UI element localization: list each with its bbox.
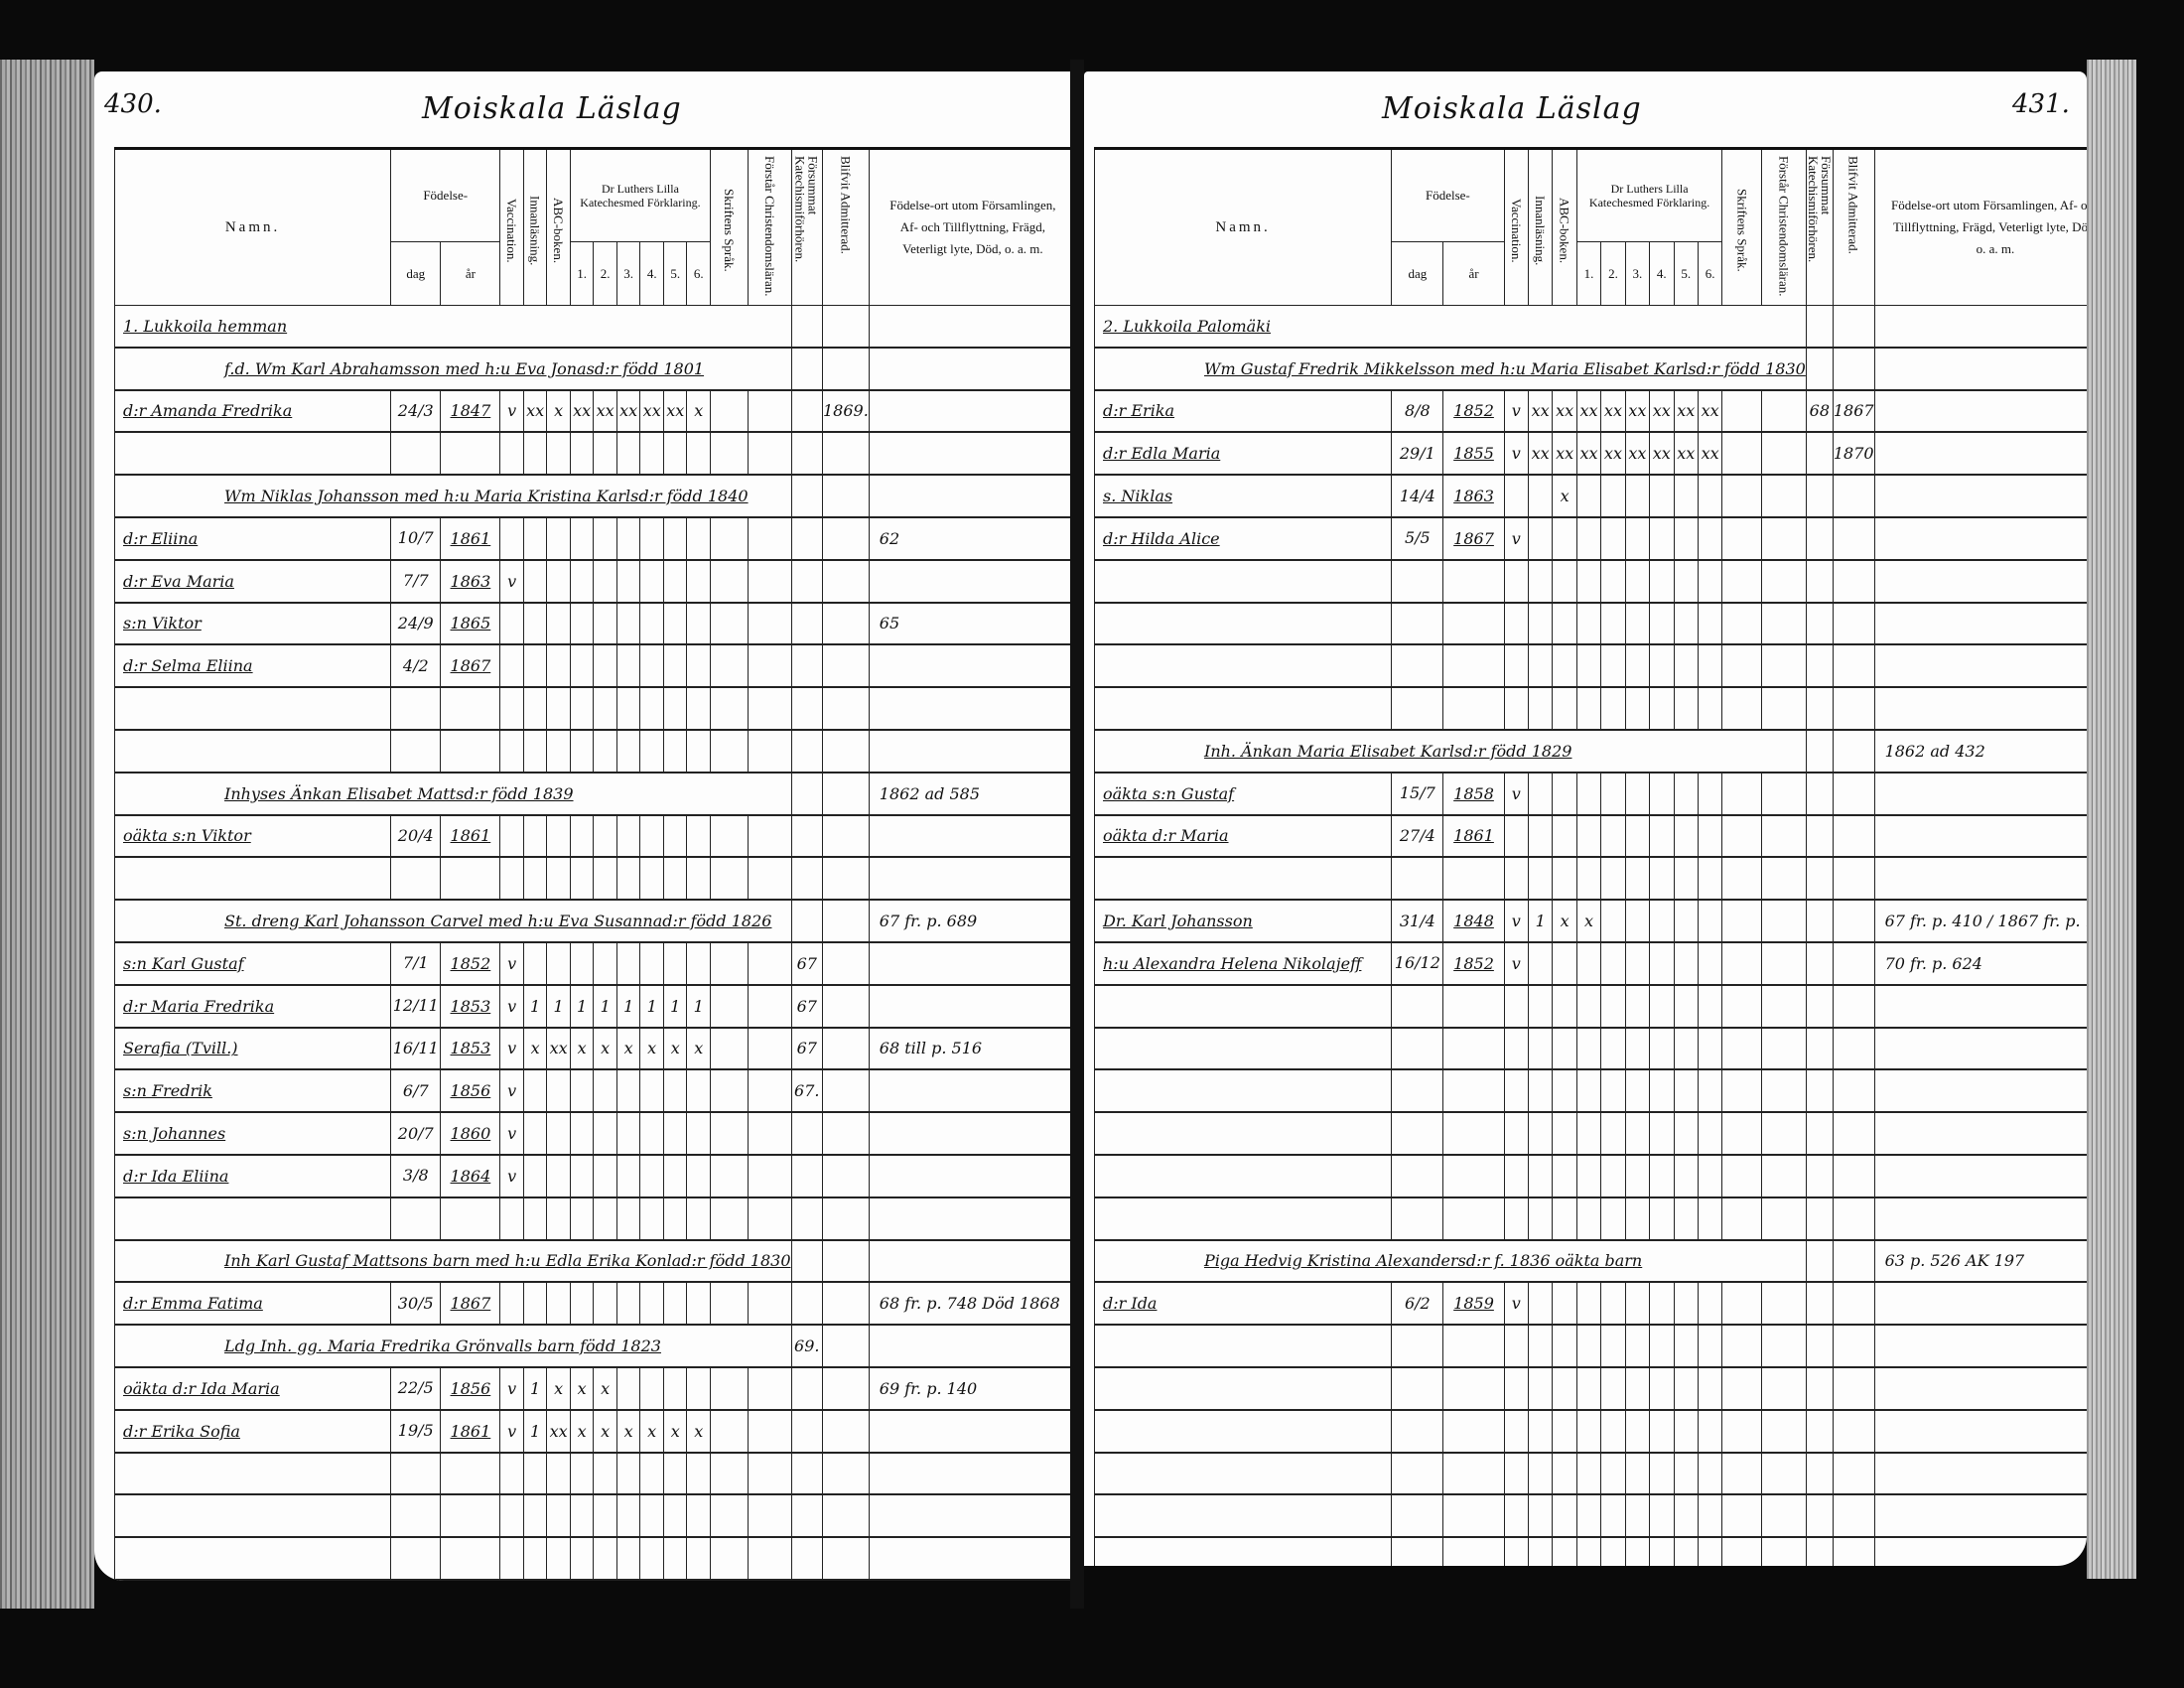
birth-year: 1865 bbox=[441, 603, 500, 645]
catechism-mark bbox=[1698, 1069, 1721, 1112]
missed-cell: 69. bbox=[791, 1325, 822, 1367]
catechism-mark bbox=[570, 517, 594, 560]
missed-cell bbox=[1806, 432, 1833, 475]
catechism-mark bbox=[1674, 1155, 1698, 1197]
header-understands: Förstår Christendomsläran. bbox=[1778, 150, 1791, 305]
understands-mark bbox=[1762, 517, 1807, 560]
catechism-mark bbox=[1576, 815, 1600, 858]
missed-cell bbox=[791, 1112, 822, 1155]
remarks-cell bbox=[1874, 560, 2087, 603]
catechism-mark bbox=[616, 1112, 640, 1155]
catechism-mark bbox=[1674, 773, 1698, 815]
admitted-cell bbox=[1833, 306, 1874, 348]
catechism-mark bbox=[1625, 560, 1649, 603]
birth-day: 20/7 bbox=[391, 1112, 441, 1155]
birth-year bbox=[1443, 857, 1504, 900]
person-row: oäkta s:n Viktor20/41861 bbox=[115, 815, 1077, 858]
person-row: s:n Karl Gustaf7/11852v67 bbox=[115, 942, 1077, 985]
person-name: d:r Emma Fatima bbox=[115, 1282, 391, 1325]
birth-day bbox=[1392, 644, 1443, 687]
person-name bbox=[115, 857, 391, 900]
household-head: Wm Gustaf Fredrik Mikkelsson med h:u Mar… bbox=[1095, 348, 1807, 390]
understands-mark bbox=[1762, 900, 1807, 942]
catechism-mark bbox=[640, 1537, 664, 1580]
person-row: d:r Erika8/81852vxxxxxxxxxxxxxxxx681867 bbox=[1095, 390, 2088, 433]
abc-mark bbox=[547, 1112, 571, 1155]
catechism-mark: xx bbox=[1601, 390, 1625, 433]
scripture-mark bbox=[1722, 773, 1762, 815]
abc-mark bbox=[1553, 560, 1576, 603]
admitted-cell bbox=[822, 857, 869, 900]
catechism-mark bbox=[1601, 560, 1625, 603]
catechism-mark bbox=[1601, 942, 1625, 985]
birth-year bbox=[441, 1197, 500, 1240]
catechism-mark bbox=[1674, 475, 1698, 517]
missed-cell bbox=[1806, 644, 1833, 687]
catechism-mark bbox=[1674, 1282, 1698, 1325]
person-row: d:r Eliina10/7186162 bbox=[115, 517, 1077, 560]
catechism-mark bbox=[640, 942, 664, 985]
reading-mark bbox=[1528, 1453, 1552, 1495]
catechism-mark bbox=[1650, 687, 1674, 730]
remarks-cell bbox=[869, 1112, 1076, 1155]
admitted-cell bbox=[822, 815, 869, 858]
missed-cell bbox=[791, 1537, 822, 1580]
catechism-mark: 1 bbox=[663, 985, 687, 1028]
catechism-mark bbox=[640, 1282, 664, 1325]
vaccination-mark: v bbox=[500, 560, 524, 603]
catechism-mark bbox=[1698, 560, 1721, 603]
reading-mark bbox=[523, 1453, 547, 1495]
scripture-mark bbox=[1722, 900, 1762, 942]
catechism-mark: xx bbox=[1576, 390, 1600, 433]
birth-day: 31/4 bbox=[1392, 900, 1443, 942]
birth-day bbox=[1392, 687, 1443, 730]
missed-cell bbox=[791, 475, 822, 517]
remarks-cell bbox=[869, 1240, 1076, 1283]
catechism-mark bbox=[1576, 1367, 1600, 1410]
catechism-mark bbox=[1650, 1325, 1674, 1367]
scripture-mark bbox=[1722, 1410, 1762, 1453]
catechism-mark bbox=[663, 1155, 687, 1197]
abc-mark bbox=[1553, 1155, 1576, 1197]
catechism-mark bbox=[1674, 857, 1698, 900]
missed-cell bbox=[1806, 306, 1833, 348]
person-name: oäkta s:n Viktor bbox=[115, 815, 391, 858]
missed-cell: 67 bbox=[791, 985, 822, 1028]
catechism-mark bbox=[570, 1155, 594, 1197]
page-number: 430. bbox=[104, 89, 162, 119]
catechism-mark: 1 bbox=[616, 985, 640, 1028]
catechism-mark bbox=[1601, 1494, 1625, 1537]
birth-year bbox=[441, 1494, 500, 1537]
catechism-mark bbox=[1674, 1325, 1698, 1367]
catechism-mark bbox=[1625, 857, 1649, 900]
reading-mark bbox=[1528, 603, 1552, 645]
catechism-mark bbox=[1576, 942, 1600, 985]
birth-day bbox=[1392, 1325, 1443, 1367]
person-row: d:r Maria Fredrika12/111853v1111111167 bbox=[115, 985, 1077, 1028]
remarks-cell bbox=[869, 644, 1076, 687]
remarks-cell: 67 fr. p. 689 bbox=[869, 900, 1076, 942]
blank-row bbox=[1095, 687, 2088, 730]
catechism-mark bbox=[616, 1282, 640, 1325]
person-row: d:r Hilda Alice5/51867v bbox=[1095, 517, 2088, 560]
missed-cell bbox=[1806, 730, 1833, 773]
blank-row bbox=[1095, 1325, 2088, 1367]
catechism-mark: xx bbox=[1601, 432, 1625, 475]
admitted-cell bbox=[822, 517, 869, 560]
understands-mark bbox=[1762, 1282, 1807, 1325]
abc-mark bbox=[547, 857, 571, 900]
birth-day bbox=[391, 432, 441, 475]
birth-year: 1853 bbox=[441, 1028, 500, 1070]
abc-mark bbox=[547, 517, 571, 560]
catechism-mark bbox=[1601, 773, 1625, 815]
person-name bbox=[1095, 1028, 1392, 1070]
header-birth: Födelse- bbox=[1392, 149, 1504, 242]
catechism-mark bbox=[1650, 1367, 1674, 1410]
catechism-mark bbox=[1601, 857, 1625, 900]
catechism-mark bbox=[570, 560, 594, 603]
catechism-mark bbox=[616, 1069, 640, 1112]
abc-mark bbox=[547, 560, 571, 603]
catechism-mark: xx bbox=[1698, 390, 1721, 433]
birth-day: 16/12 bbox=[1392, 942, 1443, 985]
catechism-mark bbox=[1601, 815, 1625, 858]
missed-cell bbox=[791, 730, 822, 773]
catechism-mark bbox=[1674, 560, 1698, 603]
catechism-mark bbox=[1601, 1453, 1625, 1495]
catechism-mark: xx bbox=[1650, 390, 1674, 433]
header-part-1: 1. bbox=[570, 242, 594, 306]
vaccination-mark bbox=[1504, 1537, 1528, 1566]
remarks-cell bbox=[1874, 348, 2087, 390]
understands-mark bbox=[749, 390, 791, 433]
birth-year bbox=[441, 1453, 500, 1495]
person-name bbox=[115, 1494, 391, 1537]
reading-mark bbox=[1528, 815, 1552, 858]
catechism-mark bbox=[1601, 1325, 1625, 1367]
catechism-mark bbox=[687, 1155, 711, 1197]
birth-day bbox=[1392, 1537, 1443, 1566]
remarks-cell bbox=[869, 432, 1076, 475]
catechism-mark bbox=[1601, 1367, 1625, 1410]
remarks-cell: 62 bbox=[869, 517, 1076, 560]
catechism-mark: 1 bbox=[594, 985, 617, 1028]
understands-mark bbox=[1762, 475, 1807, 517]
birth-year bbox=[1443, 1410, 1504, 1453]
catechism-mark bbox=[1698, 1282, 1721, 1325]
catechism-mark bbox=[1650, 1410, 1674, 1453]
catechism-mark bbox=[640, 1367, 664, 1410]
missed-cell bbox=[1806, 1028, 1833, 1070]
catechism-mark bbox=[663, 1069, 687, 1112]
abc-mark bbox=[547, 1069, 571, 1112]
catechism-mark bbox=[594, 1069, 617, 1112]
vaccination-mark bbox=[1504, 985, 1528, 1028]
catechism-mark bbox=[1625, 1367, 1649, 1410]
catechism-mark bbox=[1698, 475, 1721, 517]
admitted-cell bbox=[1833, 730, 1874, 773]
scripture-mark bbox=[1722, 517, 1762, 560]
catechism-mark bbox=[640, 1453, 664, 1495]
catechism-mark: x bbox=[594, 1410, 617, 1453]
catechism-mark bbox=[1625, 687, 1649, 730]
missed-cell bbox=[1806, 687, 1833, 730]
catechism-mark bbox=[1698, 1367, 1721, 1410]
missed-cell bbox=[1806, 1325, 1833, 1367]
person-row: d:r Selma Eliina4/21867 bbox=[115, 644, 1077, 687]
vaccination-mark: v bbox=[500, 1155, 524, 1197]
person-name: d:r Amanda Fredrika bbox=[115, 390, 391, 433]
household-head: St. dreng Karl Johansson Carvel med h:u … bbox=[115, 900, 792, 942]
catechism-mark bbox=[1698, 985, 1721, 1028]
vaccination-mark bbox=[1504, 1367, 1528, 1410]
birth-year: 1853 bbox=[441, 985, 500, 1028]
person-name bbox=[115, 1197, 391, 1240]
admitted-cell bbox=[822, 560, 869, 603]
catechism-mark bbox=[594, 857, 617, 900]
catechism-mark bbox=[1576, 644, 1600, 687]
catechism-mark bbox=[663, 1112, 687, 1155]
vaccination-mark bbox=[500, 432, 524, 475]
catechism-mark bbox=[1674, 815, 1698, 858]
catechism-mark bbox=[1650, 1197, 1674, 1240]
admitted-cell bbox=[1833, 348, 1874, 390]
catechism-mark bbox=[1650, 815, 1674, 858]
admitted-cell bbox=[1833, 687, 1874, 730]
remarks-cell bbox=[1874, 1494, 2087, 1537]
catechism-mark bbox=[1601, 1028, 1625, 1070]
abc-mark bbox=[1553, 1069, 1576, 1112]
catechism-mark bbox=[640, 1112, 664, 1155]
remarks-cell bbox=[869, 1069, 1076, 1112]
birth-year: 1852 bbox=[1443, 942, 1504, 985]
reading-mark: xx bbox=[523, 390, 547, 433]
scripture-mark bbox=[1722, 1494, 1762, 1537]
remarks-cell bbox=[869, 1494, 1076, 1537]
admitted-cell bbox=[822, 1069, 869, 1112]
catechism-mark bbox=[663, 1494, 687, 1537]
vaccination-mark bbox=[1504, 560, 1528, 603]
catechism-mark bbox=[1650, 517, 1674, 560]
abc-mark bbox=[1553, 773, 1576, 815]
reading-mark bbox=[1528, 1494, 1552, 1537]
missed-cell bbox=[1806, 1069, 1833, 1112]
scripture-mark bbox=[710, 857, 748, 900]
missed-cell: 67 bbox=[791, 1028, 822, 1070]
reading-mark bbox=[1528, 942, 1552, 985]
catechism-mark bbox=[1698, 1325, 1721, 1367]
remarks-cell bbox=[1874, 1325, 2087, 1367]
catechism-mark: x bbox=[594, 1028, 617, 1070]
catechism-mark bbox=[1650, 900, 1674, 942]
catechism-mark bbox=[1698, 773, 1721, 815]
understands-mark bbox=[1762, 1112, 1807, 1155]
catechism-mark bbox=[1576, 1282, 1600, 1325]
abc-mark bbox=[1553, 857, 1576, 900]
birth-day: 6/2 bbox=[1392, 1282, 1443, 1325]
admitted-cell bbox=[1833, 1325, 1874, 1367]
catechism-mark: x bbox=[640, 1410, 664, 1453]
blank-row bbox=[115, 1453, 1077, 1495]
catechism-mark bbox=[663, 857, 687, 900]
catechism-mark bbox=[687, 432, 711, 475]
person-name bbox=[115, 432, 391, 475]
birth-day bbox=[1392, 857, 1443, 900]
birth-year: 1859 bbox=[1443, 1282, 1504, 1325]
catechism-mark bbox=[594, 730, 617, 773]
catechism-mark bbox=[1650, 985, 1674, 1028]
scripture-mark bbox=[1722, 1325, 1762, 1367]
blank-row bbox=[1095, 1537, 2088, 1566]
birth-year: 1856 bbox=[441, 1367, 500, 1410]
birth-year bbox=[441, 432, 500, 475]
abc-mark bbox=[1553, 815, 1576, 858]
person-name: d:r Eva Maria bbox=[115, 560, 391, 603]
remarks-cell: 68 till p. 516 bbox=[869, 1028, 1076, 1070]
birth-year bbox=[1443, 1069, 1504, 1112]
catechism-mark bbox=[663, 603, 687, 645]
catechism-mark bbox=[1698, 1453, 1721, 1495]
blank-row bbox=[1095, 1112, 2088, 1155]
understands-mark bbox=[1762, 1197, 1807, 1240]
catechism-mark bbox=[594, 517, 617, 560]
admitted-cell bbox=[822, 1155, 869, 1197]
vaccination-mark: v bbox=[1504, 773, 1528, 815]
person-row: Serafia (Tvill.)16/111853vxxxxxxxxx6768 … bbox=[115, 1028, 1077, 1070]
scripture-mark bbox=[1722, 1537, 1762, 1566]
blank-row bbox=[115, 1494, 1077, 1537]
vaccination-mark bbox=[500, 1453, 524, 1495]
vaccination-mark bbox=[1504, 815, 1528, 858]
vaccination-mark bbox=[1504, 644, 1528, 687]
reading-mark bbox=[523, 1112, 547, 1155]
catechism-mark bbox=[1674, 687, 1698, 730]
catechism-mark bbox=[1625, 644, 1649, 687]
scripture-mark bbox=[1722, 1155, 1762, 1197]
understands-mark bbox=[749, 1410, 791, 1453]
vaccination-mark bbox=[500, 815, 524, 858]
birth-day: 19/5 bbox=[391, 1410, 441, 1453]
scripture-mark bbox=[710, 1537, 748, 1580]
remarks-cell bbox=[1874, 432, 2087, 475]
understands-mark bbox=[1762, 1453, 1807, 1495]
birth-day bbox=[1392, 1410, 1443, 1453]
understands-mark bbox=[1762, 1069, 1807, 1112]
person-name bbox=[1095, 687, 1392, 730]
birth-day: 10/7 bbox=[391, 517, 441, 560]
reading-mark bbox=[1528, 1537, 1552, 1566]
person-name bbox=[1095, 1537, 1392, 1566]
catechism-mark bbox=[594, 1282, 617, 1325]
understands-mark bbox=[1762, 942, 1807, 985]
catechism-mark bbox=[616, 560, 640, 603]
birth-day: 29/1 bbox=[1392, 432, 1443, 475]
abc-mark: x bbox=[547, 390, 571, 433]
abc-mark bbox=[547, 815, 571, 858]
blank-row bbox=[1095, 1367, 2088, 1410]
catechism-mark bbox=[570, 942, 594, 985]
catechism-mark bbox=[1674, 985, 1698, 1028]
reading-mark bbox=[523, 942, 547, 985]
admitted-cell bbox=[822, 644, 869, 687]
reading-mark bbox=[1528, 475, 1552, 517]
reading-mark bbox=[1528, 1410, 1552, 1453]
missed-cell bbox=[791, 1453, 822, 1495]
person-name bbox=[1095, 1410, 1392, 1453]
reading-mark bbox=[1528, 1282, 1552, 1325]
birth-day bbox=[1392, 1453, 1443, 1495]
blank-row bbox=[1095, 1410, 2088, 1453]
person-name bbox=[1095, 644, 1392, 687]
scripture-mark bbox=[1722, 1028, 1762, 1070]
reading-mark bbox=[1528, 1325, 1552, 1367]
birth-year: 1852 bbox=[1443, 390, 1504, 433]
remarks-cell bbox=[869, 815, 1076, 858]
catechism-mark: xx bbox=[570, 390, 594, 433]
missed-cell bbox=[1806, 560, 1833, 603]
vaccination-mark bbox=[500, 603, 524, 645]
scripture-mark bbox=[710, 942, 748, 985]
catechism-mark bbox=[640, 815, 664, 858]
birth-day bbox=[1392, 1112, 1443, 1155]
catechism-mark bbox=[1674, 900, 1698, 942]
admitted-cell bbox=[822, 432, 869, 475]
abc-mark bbox=[547, 1494, 571, 1537]
birth-year: 1856 bbox=[441, 1069, 500, 1112]
person-row: s:n Viktor24/9186565 bbox=[115, 603, 1077, 645]
header-part-6: 6. bbox=[1698, 242, 1721, 306]
catechism-mark bbox=[616, 432, 640, 475]
catechism-mark bbox=[594, 603, 617, 645]
remarks-cell: 69 fr. p. 140 bbox=[869, 1367, 1076, 1410]
missed-cell bbox=[1806, 773, 1833, 815]
admitted-cell: 1869. bbox=[822, 390, 869, 433]
vaccination-mark bbox=[1504, 1494, 1528, 1537]
header-part-6: 6. bbox=[687, 242, 711, 306]
reading-mark bbox=[523, 644, 547, 687]
catechism-mark bbox=[1576, 857, 1600, 900]
catechism-mark bbox=[1601, 1155, 1625, 1197]
understands-mark bbox=[749, 1494, 791, 1537]
missed-cell bbox=[1806, 1494, 1833, 1537]
catechism-mark bbox=[1650, 857, 1674, 900]
catechism-mark: xx bbox=[1625, 390, 1649, 433]
remarks-cell bbox=[1874, 1453, 2087, 1495]
birth-year: 1855 bbox=[1443, 432, 1504, 475]
person-name bbox=[115, 1453, 391, 1495]
missed-cell bbox=[791, 432, 822, 475]
scripture-mark bbox=[710, 1367, 748, 1410]
person-name: Dr. Karl Johansson bbox=[1095, 900, 1392, 942]
birth-year: 1848 bbox=[1443, 900, 1504, 942]
catechism-mark bbox=[687, 687, 711, 730]
admitted-cell bbox=[1833, 815, 1874, 858]
catechism-mark bbox=[1576, 985, 1600, 1028]
vaccination-mark: v bbox=[500, 1410, 524, 1453]
catechism-mark bbox=[616, 1155, 640, 1197]
abc-mark bbox=[547, 644, 571, 687]
vaccination-mark bbox=[1504, 475, 1528, 517]
blank-row bbox=[1095, 1453, 2088, 1495]
person-row: oäkta s:n Gustaf15/71858v bbox=[1095, 773, 2088, 815]
catechism-mark: xx bbox=[616, 390, 640, 433]
person-name: oäkta s:n Gustaf bbox=[1095, 773, 1392, 815]
vaccination-mark bbox=[500, 857, 524, 900]
page-number: 431. bbox=[2012, 89, 2070, 119]
